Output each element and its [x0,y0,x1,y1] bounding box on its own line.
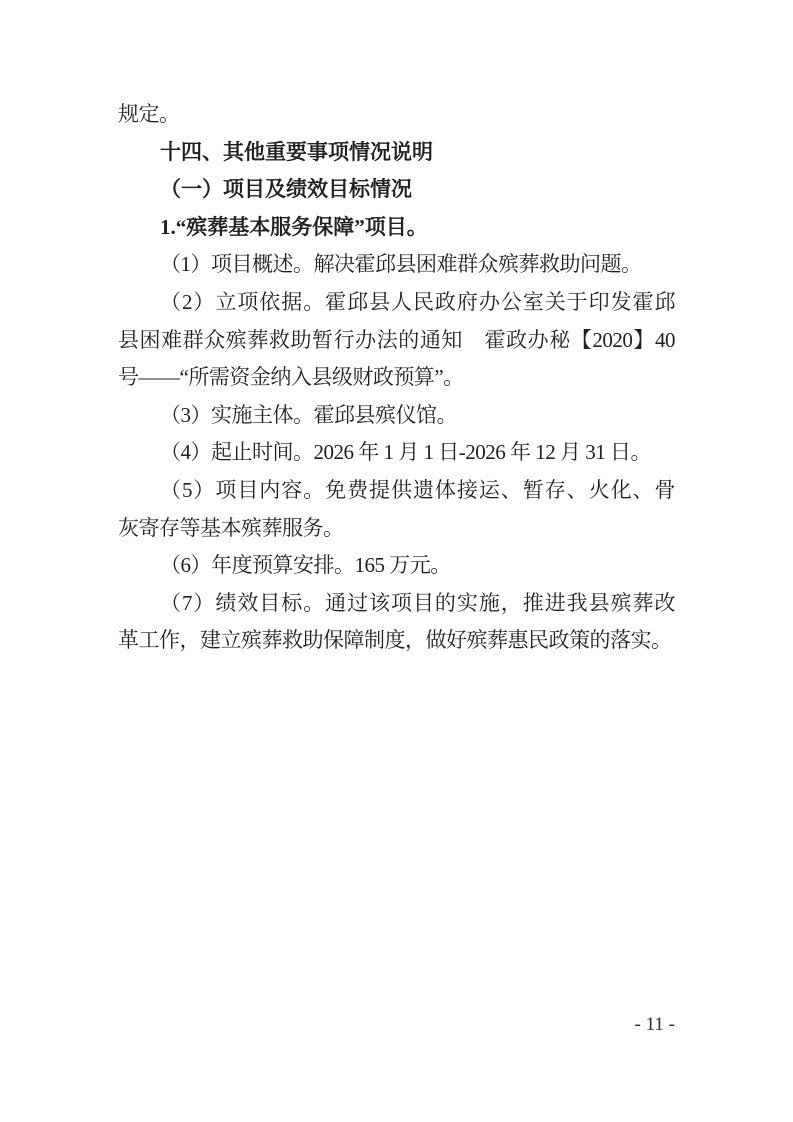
paragraph-line: （2）立项依据。霍邱县人民政府办公室关于印发霍邱 [118,284,675,322]
page-footer: - 11 - [635,1012,675,1038]
page-number: - 11 - [635,1014,675,1035]
document-body: 规定。 十四、其他重要事项情况说明 （一）项目及绩效目标情况 1.“殡葬基本服务… [118,96,675,660]
paragraph-line: 灰寄存等基本殡葬服务。 [118,510,675,548]
paragraph-line: （3）实施主体。霍邱县殡仪馆。 [118,397,675,435]
paragraph-line: （5）项目内容。免费提供遗体接运、暂存、火化、骨 [118,472,675,510]
paragraph-line: 县困难群众殡葬救助暂行办法的通知 霍政办秘【2020】40 [118,322,675,360]
paragraph-line: 革工作，建立殡葬救助保障制度，做好殡葬惠民政策的落实。 [118,622,675,660]
paragraph-line: （4）起止时间。2026 年 1 月 1 日-2026 年 12 月 31 日。 [118,434,675,472]
paragraph-line: （7）绩效目标。通过该项目的实施，推进我县殡葬改 [118,585,675,623]
paragraph-line: （1）项目概述。解决霍邱县困难群众殡葬救助问题。 [118,246,675,284]
document-page: 规定。 十四、其他重要事项情况说明 （一）项目及绩效目标情况 1.“殡葬基本服务… [0,0,793,1122]
paragraph-continuation-line: 规定。 [118,96,675,134]
section-heading: 十四、其他重要事项情况说明 [118,134,675,172]
paragraph-line: （6）年度预算安排。165 万元。 [118,547,675,585]
paragraph-line: 号——“所需资金纳入县级财政预算”。 [118,359,675,397]
item-heading: 1.“殡葬基本服务保障”项目。 [118,209,675,247]
subsection-heading: （一）项目及绩效目标情况 [118,171,675,209]
